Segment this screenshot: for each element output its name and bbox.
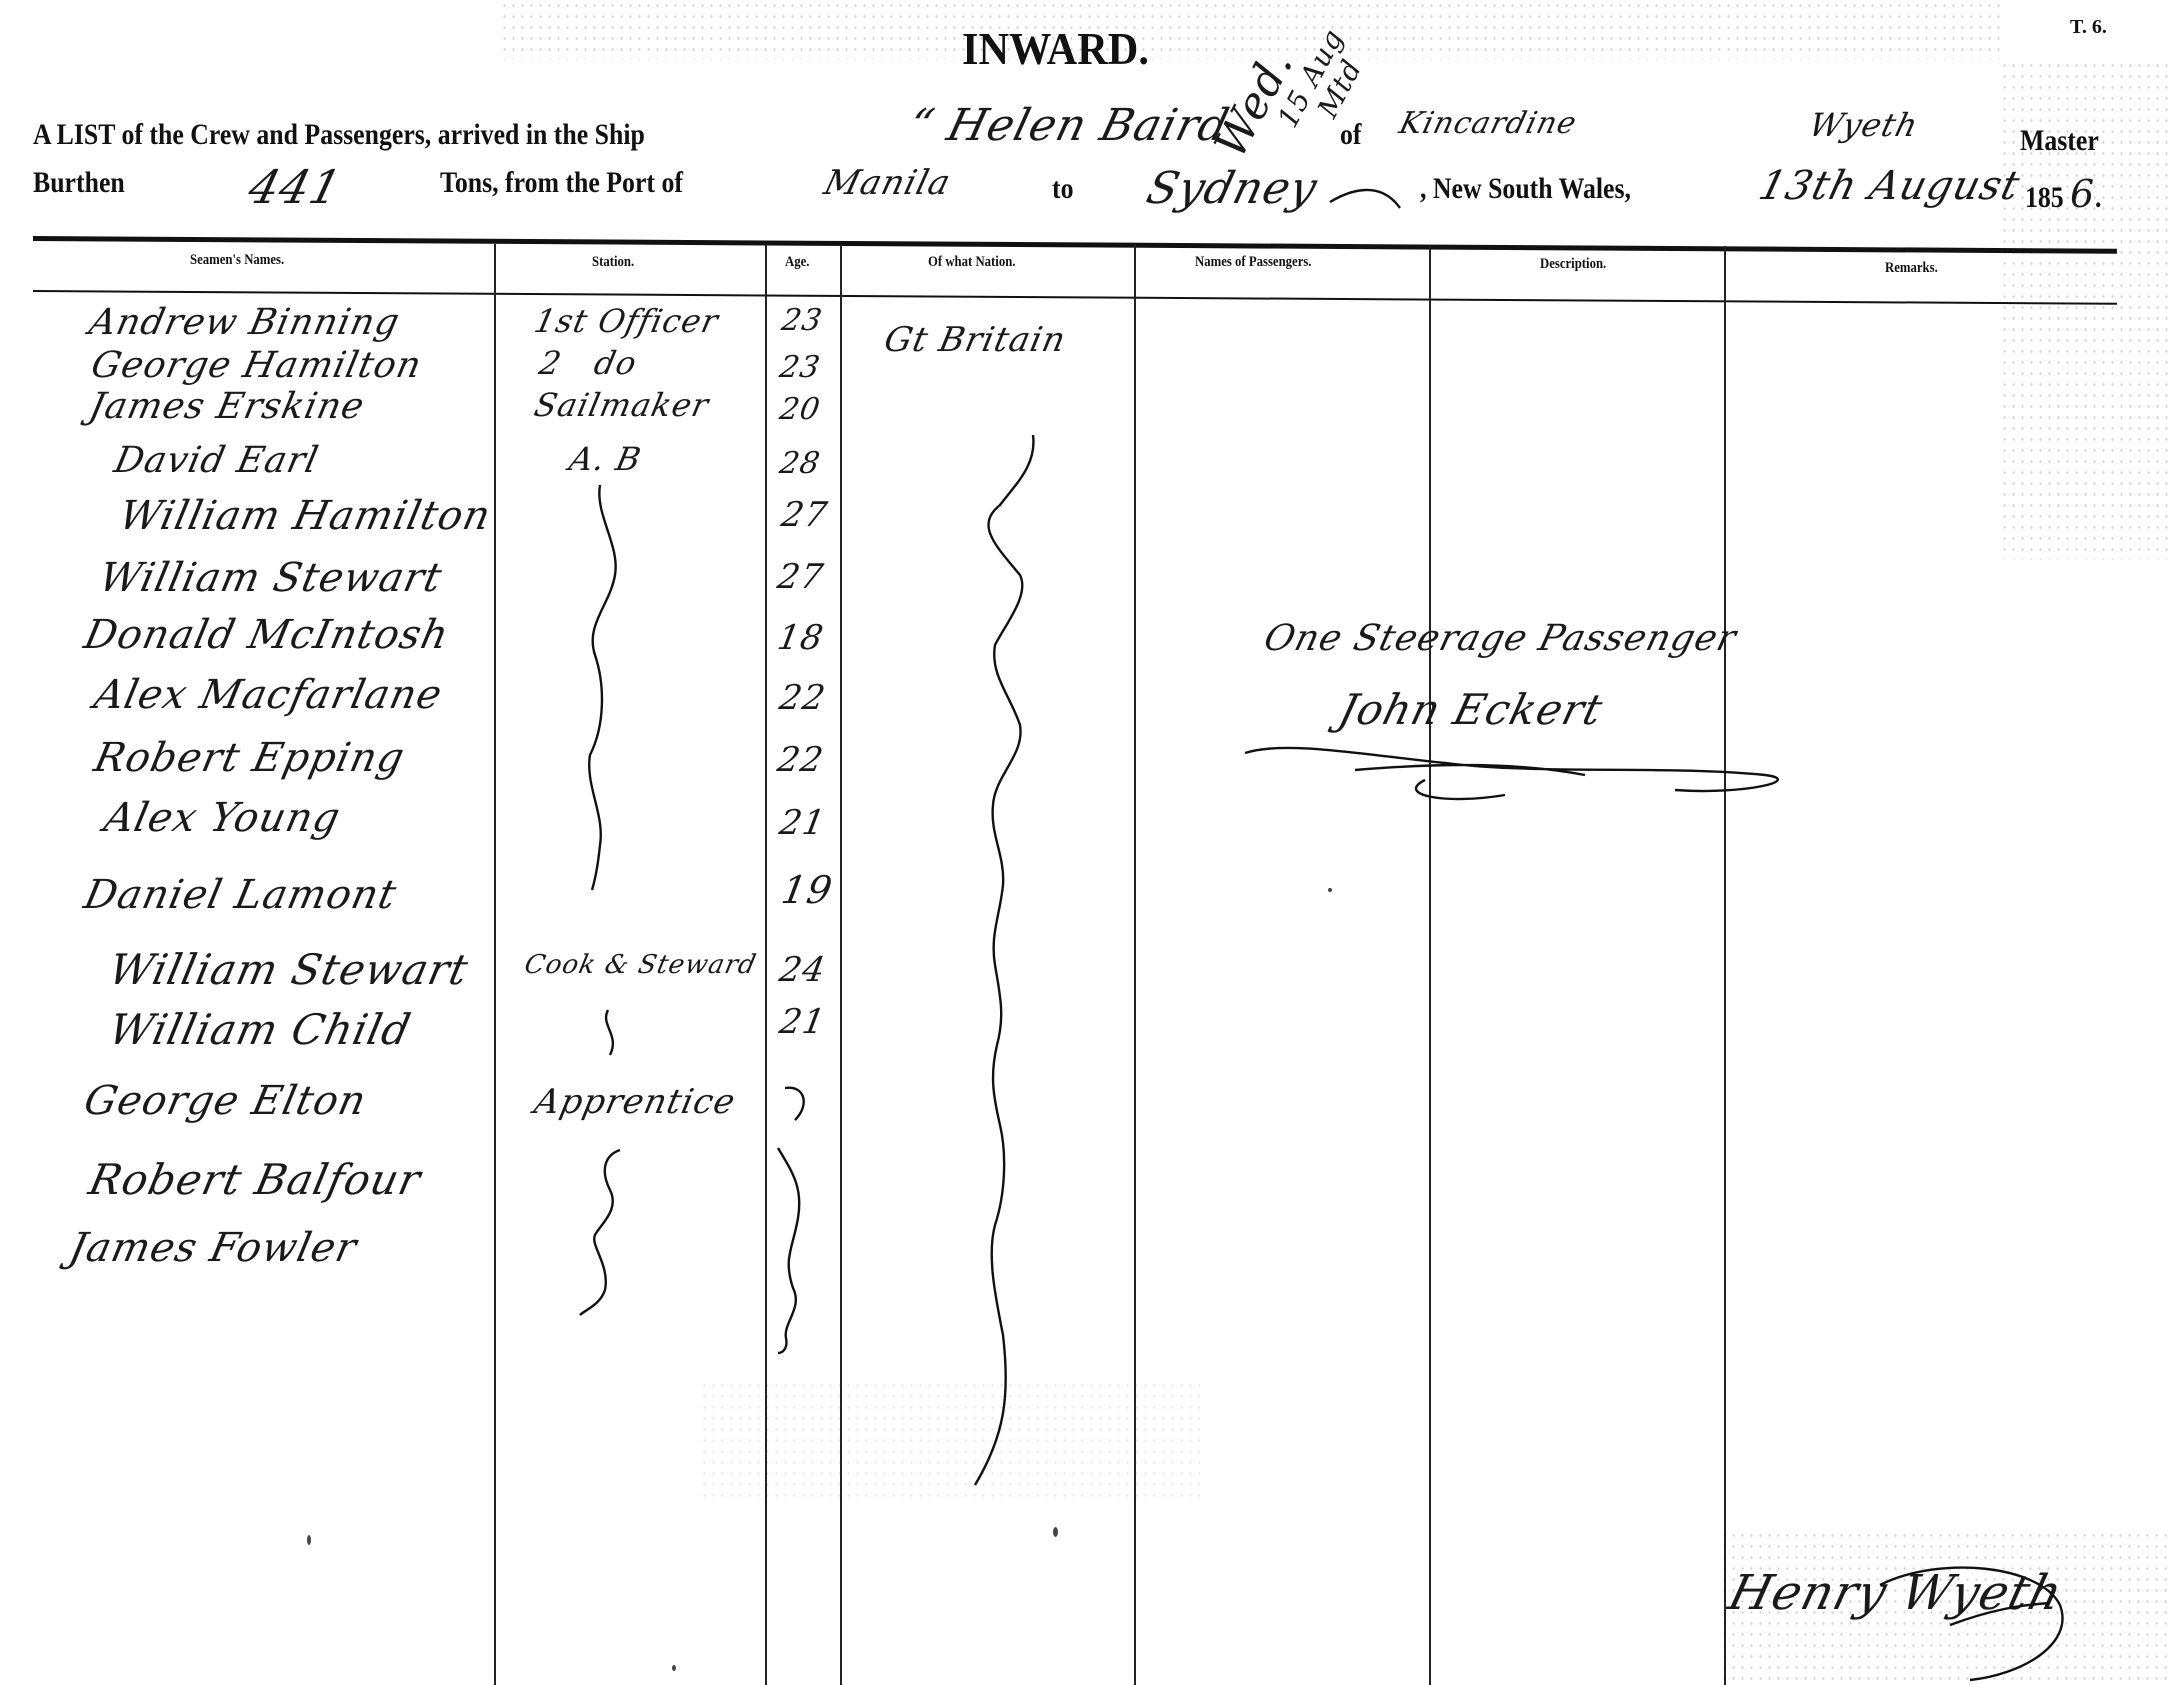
crew-station: Sailmaker <box>531 386 713 424</box>
signature-flourish <box>1860 1555 2100 1685</box>
ink-speck <box>1053 1527 1058 1537</box>
tons-from-port-label: Tons, from the Port of <box>440 166 683 200</box>
station-ditto-mark <box>575 1150 635 1315</box>
crew-age: 19 <box>778 868 836 912</box>
of-label: of <box>1340 118 1362 152</box>
year-dot: . <box>2095 181 2101 215</box>
divider-nation-passengers <box>1134 244 1136 1685</box>
age-ditto-mark <box>778 1148 818 1353</box>
ink-speck <box>1328 888 1332 892</box>
crew-name: William Stewart <box>105 945 473 994</box>
crew-name: William Child <box>105 1005 416 1054</box>
form-code: T. 6. <box>2070 16 2107 39</box>
col-header-passenger-names: Names of Passengers. <box>1195 254 1312 271</box>
crew-name: Robert Epping <box>90 735 409 781</box>
master-label: Master <box>2020 124 2099 158</box>
crew-age: 27 <box>774 557 826 597</box>
year-written: 6 <box>2070 172 2095 216</box>
crew-age: 21 <box>776 803 828 843</box>
crew-name: Robert Balfour <box>85 1155 426 1204</box>
passenger-name: John Eckert <box>1334 685 1608 734</box>
crew-age: 23 <box>779 303 825 338</box>
form-title: INWARD. <box>962 22 1149 75</box>
crew-age: 20 <box>777 392 823 427</box>
crew-station: 1st Officer <box>531 302 722 340</box>
crew-name: Andrew Binning <box>86 302 404 343</box>
to-label: to <box>1052 172 1074 206</box>
col-header-seamen-names: Seamen's Names. <box>190 252 284 269</box>
crew-name: George Hamilton <box>88 345 426 386</box>
crew-name: William Hamilton <box>115 493 495 539</box>
divider-passengers-description <box>1429 246 1431 1685</box>
crew-age: 22 <box>774 740 826 780</box>
year-printed: 185 <box>2025 181 2064 215</box>
col-header-remarks: Remarks. <box>1885 260 1938 277</box>
divider-names-station <box>494 244 496 1685</box>
to-port-field: Sydney <box>1142 163 1323 214</box>
crew-name: Alex Young <box>100 795 345 841</box>
scan-noise-bottom-center <box>700 1380 1200 1500</box>
divider-description-remarks <box>1724 246 1726 1685</box>
passenger-name-flourish <box>1245 735 1785 810</box>
crew-nation: Gt Britain <box>881 320 1070 360</box>
crew-age: 23 <box>777 350 823 385</box>
passenger-summary: One Steerage Passenger <box>1260 618 1741 659</box>
crew-name: Donald McIntosh <box>80 612 453 658</box>
col-header-description: Description. <box>1540 256 1606 273</box>
divider-station-age <box>765 244 767 1685</box>
crew-age: 27 <box>778 495 830 535</box>
crew-station: A. B <box>566 440 645 478</box>
crew-name: James Erskine <box>86 386 369 427</box>
tons-field: 441 <box>243 160 347 214</box>
crew-name: James Fowler <box>65 1225 361 1271</box>
divider-age-nation <box>840 244 842 1685</box>
station-ditto-mark <box>600 1010 630 1055</box>
crew-age: 21 <box>776 1002 828 1042</box>
crew-station: Apprentice <box>531 1082 740 1122</box>
crew-age: 24 <box>776 950 828 990</box>
burthen-label: Burthen <box>33 166 125 200</box>
ink-speck <box>672 1665 676 1671</box>
home-port-field: Kincardine <box>1396 106 1581 141</box>
nation-ditto-mark <box>975 435 1055 1485</box>
crew-station: 2 do <box>536 344 641 382</box>
col-header-nation: Of what Nation. <box>928 254 1015 271</box>
crew-name: Alex Macfarlane <box>90 672 446 718</box>
colony-label: , New South Wales, <box>1420 172 1631 206</box>
ink-speck <box>307 1535 311 1545</box>
header-thick-rule <box>33 236 2117 254</box>
crew-name: William Stewart <box>95 555 446 601</box>
crew-age: 28 <box>777 446 823 481</box>
to-port-flourish <box>1330 180 1420 220</box>
age-ditto-mark <box>785 1085 815 1120</box>
master-name-field: Wyeth <box>1805 106 1922 144</box>
crew-name: David Earl <box>111 440 323 481</box>
station-ditto-mark <box>580 485 640 890</box>
arrival-date-field: 13th August <box>1754 163 2025 209</box>
ship-name-field: “ Helen Baird <box>904 100 1235 151</box>
crew-name: Daniel Lamont <box>80 872 401 918</box>
list-heading-prefix: A LIST of the Crew and Passengers, arriv… <box>33 118 645 152</box>
scan-noise-top <box>500 0 2000 60</box>
col-header-station: Station. <box>592 254 634 271</box>
from-port-field: Manila <box>820 163 955 203</box>
crew-age: 18 <box>774 618 826 658</box>
year-field: 1856. <box>2025 172 2103 216</box>
crew-age: 22 <box>776 678 828 718</box>
crew-name: George Elton <box>80 1078 371 1124</box>
col-header-age: Age. <box>785 254 809 271</box>
crew-station: Cook & Steward <box>522 950 759 980</box>
